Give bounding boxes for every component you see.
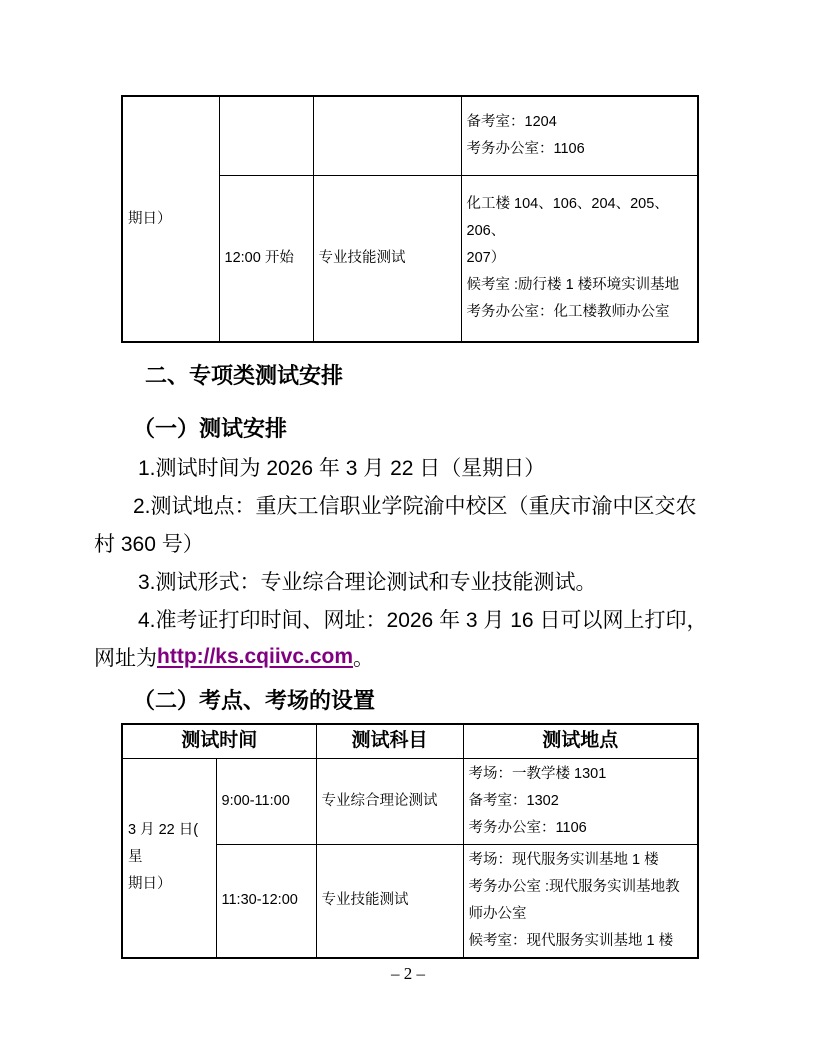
cell-date-continued: 期日） — [122, 96, 219, 342]
cell-time — [219, 96, 313, 175]
document-page: 期日） 备考室：1204 考务办公室：1106 12:00 开始 专业技能测试 … — [0, 0, 816, 1056]
header-test-time: 测试时间 — [122, 724, 316, 758]
section-heading-2: 二、专项类测试安排 — [145, 355, 343, 393]
paragraph-test-time: 1.测试时间为 2026 年 3 月 22 日（星期日） — [138, 448, 545, 486]
cell-time: 12:00 开始 — [219, 175, 313, 342]
cell-subject — [313, 96, 461, 175]
paragraph-test-location-line2: 村 360 号） — [94, 524, 204, 562]
subsection-heading-2: （二）考点、考场的设置 — [133, 680, 375, 718]
paragraph-ticket-print-line1: 4.准考证打印时间、网址：2026 年 3 月 16 日可以网上打印， — [138, 600, 707, 638]
schedule-table-continued: 期日） 备考室：1204 考务办公室：1106 12:00 开始 专业技能测试 … — [121, 95, 699, 343]
link-suffix-text: 。 — [353, 642, 374, 672]
venues-table: 测试时间 测试科目 测试地点 3 月 22 日( 星 期日） 9:00-11:0… — [121, 723, 699, 959]
header-test-location: 测试地点 — [463, 724, 698, 758]
cell-location: 考场：现代服务实训基地 1 楼 考务办公室 :现代服务实训基地教 师办公室 候考… — [463, 844, 698, 958]
paragraph-test-format: 3.测试形式：专业综合理论测试和专业技能测试。 — [138, 562, 597, 600]
cell-location: 备考室：1204 考务办公室：1106 — [461, 96, 698, 175]
cell-time: 11:30-12:00 — [216, 844, 316, 958]
subsection-heading-1: （一）测试安排 — [133, 408, 287, 446]
link-prefix-text: 网址为 — [94, 642, 157, 672]
cell-subject: 专业技能测试 — [313, 175, 461, 342]
print-website-link[interactable]: http://ks.cqiivc.com — [157, 645, 353, 669]
cell-time: 9:00-11:00 — [216, 758, 316, 844]
cell-subject: 专业技能测试 — [316, 844, 463, 958]
paragraph-ticket-print-line2: 网址为 http://ks.cqiivc.com 。 — [94, 638, 374, 676]
cell-date: 3 月 22 日( 星 期日） — [122, 758, 216, 958]
cell-location: 考场：一教学楼 1301 备考室：1302 考务办公室：1106 — [463, 758, 698, 844]
page-number: – 2 – — [0, 964, 816, 988]
cell-location: 化工楼 104、106、204、205、206、 207） 候考室 :励行楼 1… — [461, 175, 698, 342]
paragraph-test-location-line1: 2.测试地点：重庆工信职业学院渝中校区（重庆市渝中区交农 — [133, 486, 697, 524]
header-test-subject: 测试科目 — [316, 724, 463, 758]
cell-subject: 专业综合理论测试 — [316, 758, 463, 844]
